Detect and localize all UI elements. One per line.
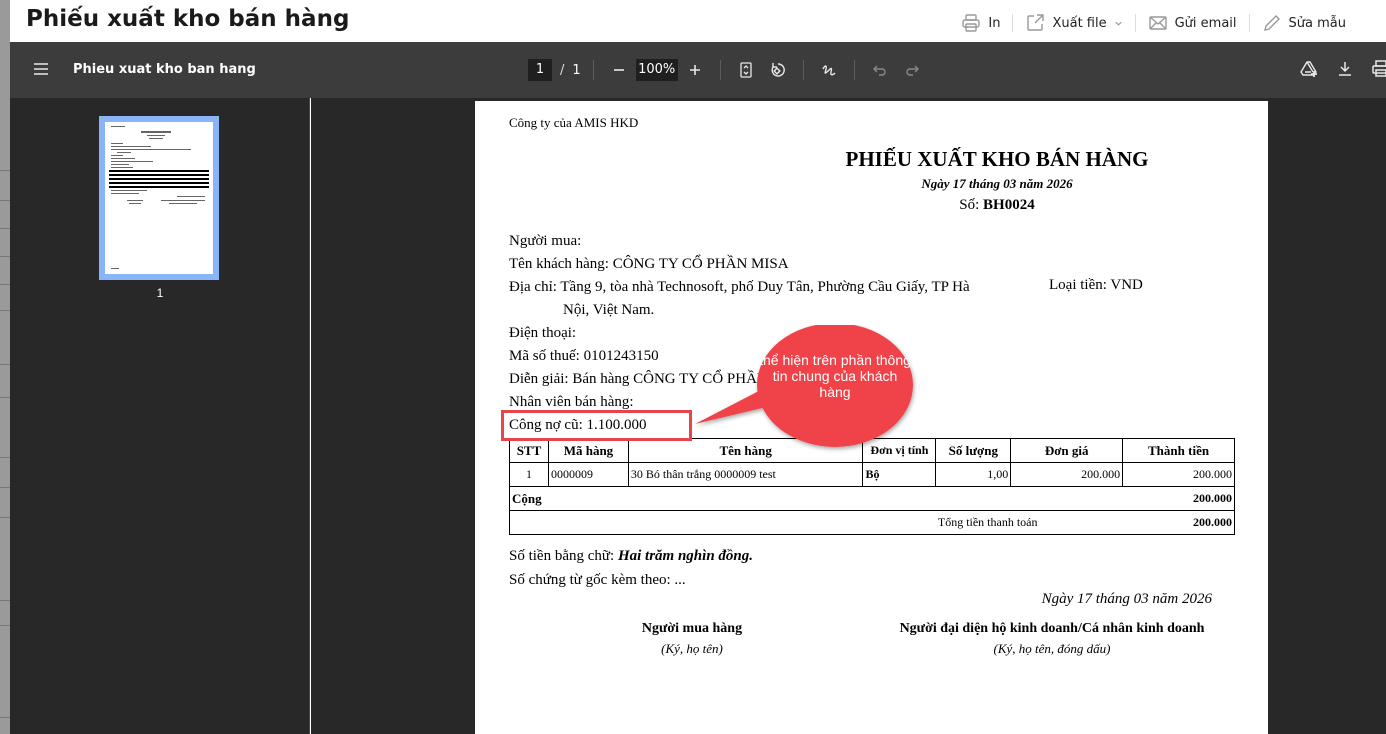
buyer-label: Người mua: bbox=[509, 230, 970, 253]
total-pages: 1 bbox=[572, 63, 580, 78]
pdf-right-actions bbox=[1296, 56, 1386, 82]
fit-page-icon bbox=[738, 61, 754, 79]
attached-documents: Số chứng từ gốc kèm theo: ... bbox=[509, 568, 753, 592]
table-header-row: STT Mã hàng Tên hàng Đơn vị tính Số lượn… bbox=[510, 439, 1235, 463]
document-title: PHIẾU XUẤT KHO BÁN HÀNG bbox=[725, 147, 1269, 172]
total-row: Tổng tiền thanh toán 200.000 bbox=[510, 511, 1235, 535]
items-table: STT Mã hàng Tên hàng Đơn vị tính Số lượn… bbox=[509, 438, 1235, 535]
amount-in-words: Số tiền bằng chữ: Hai trăm nghìn đồng. bbox=[509, 544, 753, 568]
pdf-viewer-area[interactable]: Công ty của AMIS HKD PHIẾU XUẤT KHO BÁN … bbox=[311, 98, 1386, 734]
description: Diễn giải: Bán hàng CÔNG TY CỔ PHẦN MISA bbox=[509, 368, 970, 391]
export-file-button[interactable]: Xuất file bbox=[1013, 13, 1134, 33]
plus-icon bbox=[688, 63, 702, 77]
redo-button[interactable] bbox=[899, 57, 925, 83]
document-date: Ngày 17 tháng 03 năm 2026 bbox=[725, 176, 1269, 192]
amount-in-words-value: Hai trăm nghìn đồng. bbox=[618, 548, 753, 564]
header-bar: Phiếu xuất kho bán hàng In Xuất file Gửi… bbox=[10, 0, 1386, 42]
draw-icon bbox=[820, 61, 838, 79]
subtotal-value: 200.000 bbox=[1123, 487, 1235, 511]
download-icon bbox=[1336, 60, 1354, 78]
address-line-2: Nội, Việt Nam. bbox=[509, 299, 970, 322]
pdf-print-button[interactable] bbox=[1368, 56, 1386, 82]
table-header: Số lượng bbox=[936, 439, 1011, 463]
undo-icon bbox=[872, 62, 888, 78]
footer-info: Số tiền bằng chữ: Hai trăm nghìn đồng. S… bbox=[509, 544, 753, 592]
send-email-button[interactable]: Gửi email bbox=[1136, 13, 1249, 33]
phone: Điện thoại: bbox=[509, 322, 970, 345]
pdf-toolbar: Phieu xuat kho ban hang 1 / 1 100% bbox=[10, 42, 1386, 98]
pdf-page: Công ty của AMIS HKD PHIẾU XUẤT KHO BÁN … bbox=[475, 101, 1268, 734]
document-number: Số: BH0024 bbox=[725, 197, 1269, 214]
printer-icon bbox=[1371, 59, 1386, 79]
business-signer-title: Người đại diện hộ kinh doanh/Cá nhân kin… bbox=[885, 621, 1219, 637]
buyer-signer-note: (Ký, họ tên) bbox=[605, 641, 779, 657]
pencil-icon bbox=[1262, 13, 1282, 33]
zoom-out-button[interactable] bbox=[606, 57, 632, 83]
address-line-1: Địa chỉ: Tầng 9, tòa nhà Technosoft, phố… bbox=[509, 276, 970, 299]
page-number-input[interactable]: 1 bbox=[528, 59, 552, 81]
printer-icon bbox=[961, 13, 981, 33]
cell-amount: 200.000 bbox=[1123, 463, 1235, 487]
redo-icon bbox=[904, 62, 920, 78]
thumbnail-page-number: 1 bbox=[10, 286, 310, 300]
zoom-level-input[interactable]: 100% bbox=[636, 59, 678, 81]
business-signature: Người đại diện hộ kinh doanh/Cá nhân kin… bbox=[885, 621, 1219, 657]
customer-info: Người mua: Tên khách hàng: CÔNG TY CỔ PH… bbox=[509, 230, 970, 437]
email-icon bbox=[1148, 13, 1168, 33]
subtotal-label: Cộng bbox=[510, 487, 1123, 511]
export-icon bbox=[1025, 13, 1045, 33]
send-email-label: Gửi email bbox=[1175, 16, 1237, 31]
pdf-page-controls: 1 / 1 100% bbox=[528, 57, 925, 83]
pdf-document-title: Phieu xuat kho ban hang bbox=[73, 62, 256, 77]
table-header: Mã hàng bbox=[548, 439, 628, 463]
signature-date: Ngày 17 tháng 03 năm 2026 bbox=[1042, 591, 1212, 608]
table-header: Đơn vị tính bbox=[863, 439, 936, 463]
page-thumbnail[interactable] bbox=[99, 116, 219, 280]
header-actions: In Xuất file Gửi email Sửa mẫu bbox=[949, 10, 1358, 36]
table-header: Đơn giá bbox=[1011, 439, 1123, 463]
annotate-button[interactable] bbox=[816, 57, 842, 83]
download-button[interactable] bbox=[1332, 56, 1358, 82]
thumbnail-sidebar: 1 bbox=[10, 98, 310, 734]
total-label: Tổng tiền thanh toán bbox=[936, 511, 1123, 535]
minus-icon bbox=[612, 63, 626, 77]
table-header: Tên hàng bbox=[628, 439, 863, 463]
document-number-value: BH0024 bbox=[983, 197, 1035, 213]
fit-page-button[interactable] bbox=[733, 57, 759, 83]
customer-name: Tên khách hàng: CÔNG TY CỔ PHẦN MISA bbox=[509, 253, 970, 276]
cell-stt: 1 bbox=[510, 463, 549, 487]
thumbnail-page-preview bbox=[105, 122, 213, 274]
export-file-label: Xuất file bbox=[1052, 16, 1106, 31]
print-label: In bbox=[988, 16, 1000, 31]
salesperson: Nhân viên bán hàng: bbox=[509, 391, 970, 414]
chevron-down-icon bbox=[1114, 19, 1123, 28]
old-debt: Công nợ cũ: 1.100.000 bbox=[509, 414, 970, 437]
print-button[interactable]: In bbox=[949, 13, 1012, 33]
edit-template-label: Sửa mẫu bbox=[1289, 16, 1346, 31]
page-separator: / bbox=[560, 63, 564, 78]
background-app-strip bbox=[0, 0, 10, 734]
cell-item-code: 0000009 bbox=[548, 463, 628, 487]
cell-quantity: 1,00 bbox=[936, 463, 1011, 487]
subtotal-row: Cộng 200.000 bbox=[510, 487, 1235, 511]
rotate-icon bbox=[769, 61, 787, 79]
amount-in-words-label: Số tiền bằng chữ: bbox=[509, 548, 618, 564]
edit-template-button[interactable]: Sửa mẫu bbox=[1250, 13, 1358, 33]
cell-unit: Bộ bbox=[863, 463, 936, 487]
undo-button[interactable] bbox=[867, 57, 893, 83]
company-name: Công ty của AMIS HKD bbox=[509, 115, 638, 131]
zoom-in-button[interactable] bbox=[682, 57, 708, 83]
table-header: STT bbox=[510, 439, 549, 463]
table-header: Thành tiền bbox=[1123, 439, 1235, 463]
page-title: Phiếu xuất kho bán hàng bbox=[26, 6, 349, 32]
buyer-signature: Người mua hàng (Ký, họ tên) bbox=[605, 621, 779, 657]
buyer-signer-title: Người mua hàng bbox=[605, 621, 779, 637]
cell-item-name: 30 Bó thân trắng 0000009 test bbox=[628, 463, 863, 487]
menu-icon[interactable] bbox=[32, 60, 50, 78]
document-number-label: Số: bbox=[959, 197, 983, 213]
total-value: 200.000 bbox=[1123, 511, 1235, 535]
cell-unit-price: 200.000 bbox=[1011, 463, 1123, 487]
currency: Loại tiền: VND bbox=[1049, 277, 1143, 294]
table-row: 1 0000009 30 Bó thân trắng 0000009 test … bbox=[510, 463, 1235, 487]
add-to-drive-button[interactable] bbox=[1296, 56, 1322, 82]
rotate-button[interactable] bbox=[765, 57, 791, 83]
drive-add-icon bbox=[1299, 59, 1319, 79]
tax-code: Mã số thuế: 0101243150 bbox=[509, 345, 970, 368]
business-signer-note: (Ký, họ tên, đóng dấu) bbox=[885, 641, 1219, 657]
